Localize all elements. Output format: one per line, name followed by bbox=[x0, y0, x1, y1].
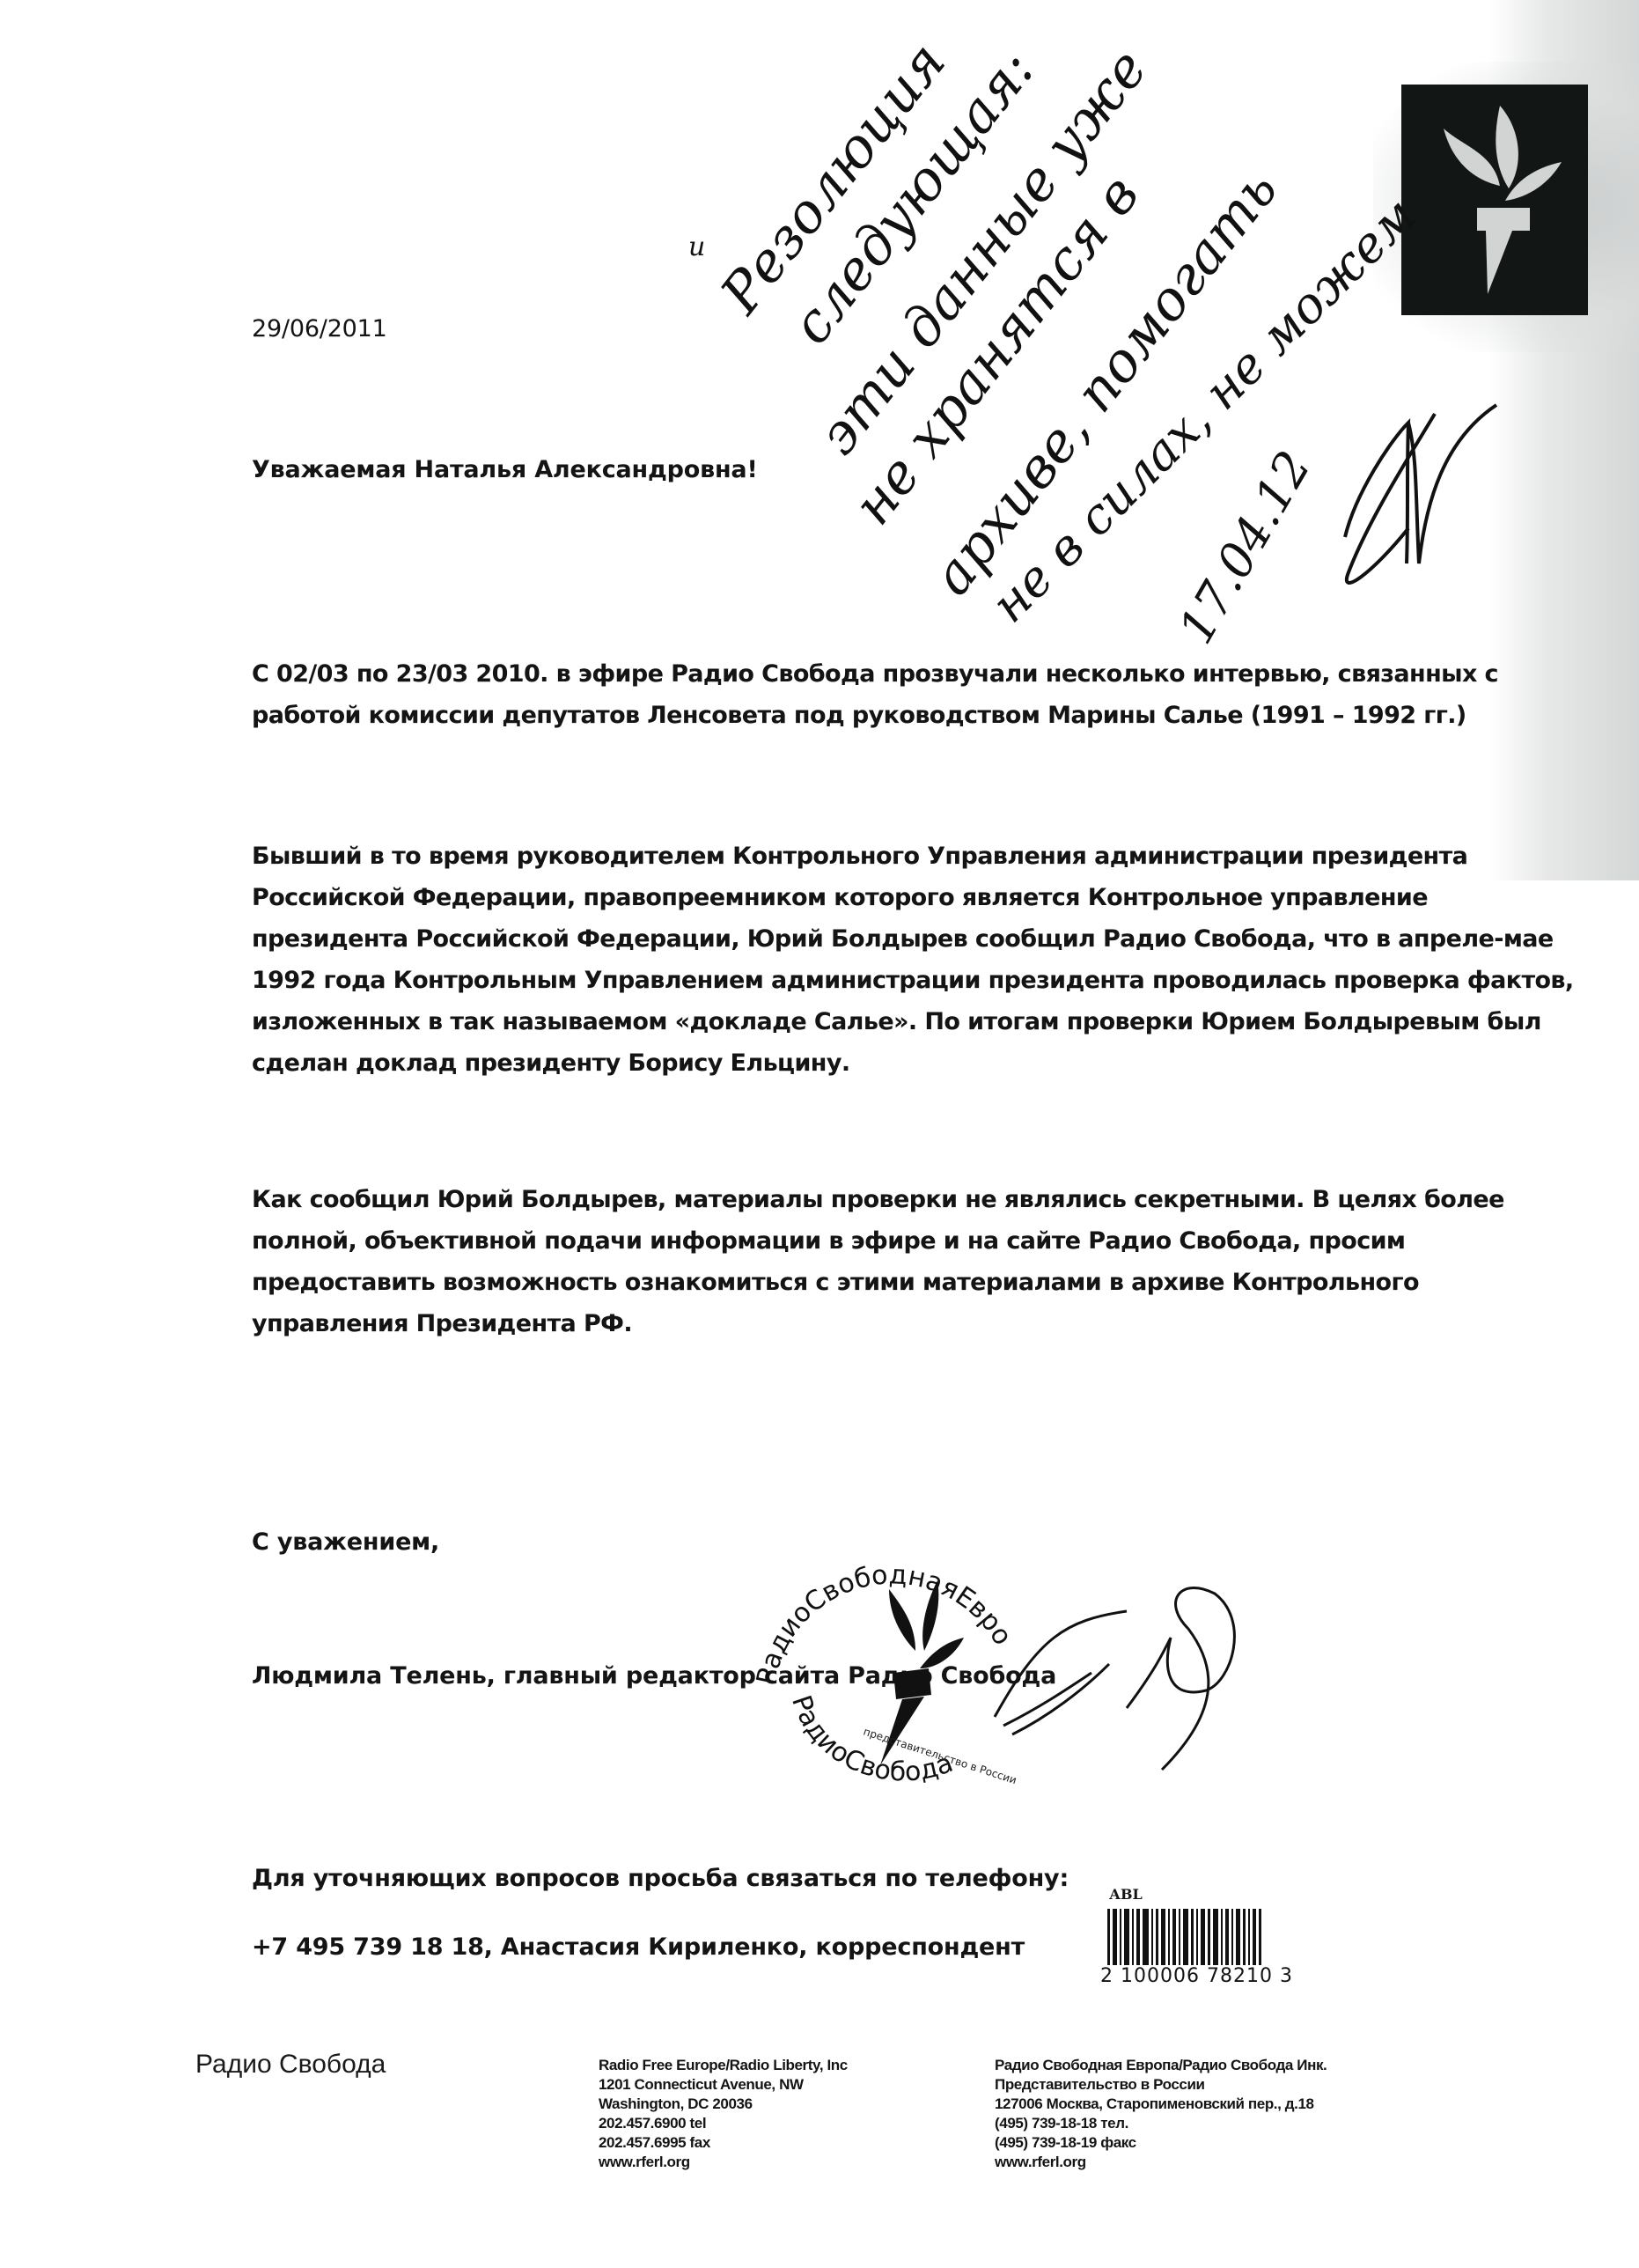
handwritten-signature bbox=[1345, 405, 1496, 563]
barcode: АВL 2 100006 78210 3 bbox=[1100, 1893, 1320, 1999]
footer-website-link[interactable]: www.rferl.org bbox=[599, 2153, 848, 2172]
handwritten-mark: и bbox=[688, 232, 705, 262]
handwritten-line: не хранятся в bbox=[840, 163, 1151, 536]
footer-ru-office: Радио Свободная Европа/Радио Свобода Инк… bbox=[995, 2056, 1327, 2172]
handwritten-line: не в силах, не можем bbox=[981, 187, 1428, 634]
paragraph-line: работой комиссии депутатов Ленсовета под… bbox=[252, 695, 1498, 736]
paragraph-line: предоставить возможность ознакомиться с … bbox=[252, 1262, 1504, 1303]
paragraph-line: Как сообщил Юрий Болдырев, материалы про… bbox=[252, 1179, 1504, 1220]
torch-icon bbox=[1401, 85, 1588, 315]
footer-line: Радио Свободная Европа/Радио Свобода Инк… bbox=[995, 2056, 1327, 2075]
paragraph-line: Российской Федерации, правопреемником ко… bbox=[252, 877, 1574, 918]
contact-prompt: Для уточняющих вопросов просьба связатьс… bbox=[252, 1858, 1069, 1899]
footer-us-office: Radio Free Europe/Radio Liberty, Inc 120… bbox=[599, 2056, 848, 2172]
footer-website-link[interactable]: www.rferl.org bbox=[995, 2153, 1327, 2172]
barcode-number: 2 100006 78210 3 bbox=[1100, 1965, 1293, 1987]
letter-greeting: Уважаемая Наталья Александровна! bbox=[252, 449, 758, 490]
paragraph-line: С 02/03 по 23/03 2010. в эфире Радио Сво… bbox=[252, 653, 1498, 695]
rferl-torch-logo bbox=[1401, 85, 1588, 315]
paragraph-2: Бывший в то время руководителем Контроль… bbox=[252, 836, 1574, 1084]
barcode-bars bbox=[1107, 1909, 1294, 1965]
footer-line: Представительство в России bbox=[995, 2075, 1327, 2095]
paragraph-line: Бывший в то время руководителем Контроль… bbox=[252, 836, 1574, 877]
paragraph-line: полной, объективной подачи информации в … bbox=[252, 1220, 1504, 1262]
svg-text:РадиоСвободнаяЕвропа: РадиоСвободнаяЕвропа bbox=[748, 1536, 1018, 1688]
paragraph-line: управления Президента РФ. bbox=[252, 1303, 1504, 1344]
footer-line: Radio Free Europe/Radio Liberty, Inc bbox=[599, 2056, 848, 2075]
stamp-text-top: РадиоСвободнаяЕвропа bbox=[748, 1536, 1018, 1688]
handwritten-date: 17.04.12 bbox=[1168, 442, 1322, 653]
paragraph-line: сделан доклад президенту Борису Ельцину. bbox=[252, 1042, 1574, 1084]
paragraph-1: С 02/03 по 23/03 2010. в эфире Радио Сво… bbox=[252, 653, 1498, 736]
footer-line: 202.457.6900 tel bbox=[599, 2114, 848, 2133]
letter-date: 29/06/2011 bbox=[252, 308, 387, 350]
paragraph-line: изложенных в так называемом «докладе Сал… bbox=[252, 1001, 1574, 1042]
letter-closing: С уважением, bbox=[252, 1521, 439, 1563]
barcode-mark: АВL bbox=[1109, 1886, 1143, 1903]
handwritten-line: эти данные уже bbox=[805, 37, 1159, 466]
footer-line: (495) 739-18-18 тел. bbox=[995, 2114, 1327, 2133]
editor-signature bbox=[986, 1567, 1250, 1787]
paragraph-line: 1992 года Контрольным Управлением админи… bbox=[252, 960, 1574, 1001]
handwritten-resolution: и Резолюция следующая: эти данные уже не… bbox=[0, 0, 1639, 704]
footer-line: (495) 739-18-19 факс bbox=[995, 2133, 1327, 2153]
footer-line: 202.457.6995 fax bbox=[599, 2133, 848, 2153]
handwritten-line: следующая: bbox=[778, 38, 1047, 356]
footer-line: 127006 Москва, Старопименовский пер., д.… bbox=[995, 2095, 1327, 2114]
handwritten-line: Резолюция bbox=[708, 30, 959, 326]
paragraph-3: Как сообщил Юрий Болдырев, материалы про… bbox=[252, 1179, 1504, 1344]
footer-line: Washington, DC 20036 bbox=[599, 2095, 848, 2114]
contact-phone: +7 495 739 18 18, Анастасия Кириленко, к… bbox=[252, 1926, 1025, 1968]
paragraph-line: президента Российской Федерации, Юрий Бо… bbox=[252, 918, 1574, 960]
footer-line: 1201 Connecticut Avenue, NW bbox=[599, 2075, 848, 2095]
footer-brand: Радио Свобода bbox=[195, 2050, 386, 2080]
handwritten-line: архиве, помогать bbox=[919, 158, 1290, 607]
